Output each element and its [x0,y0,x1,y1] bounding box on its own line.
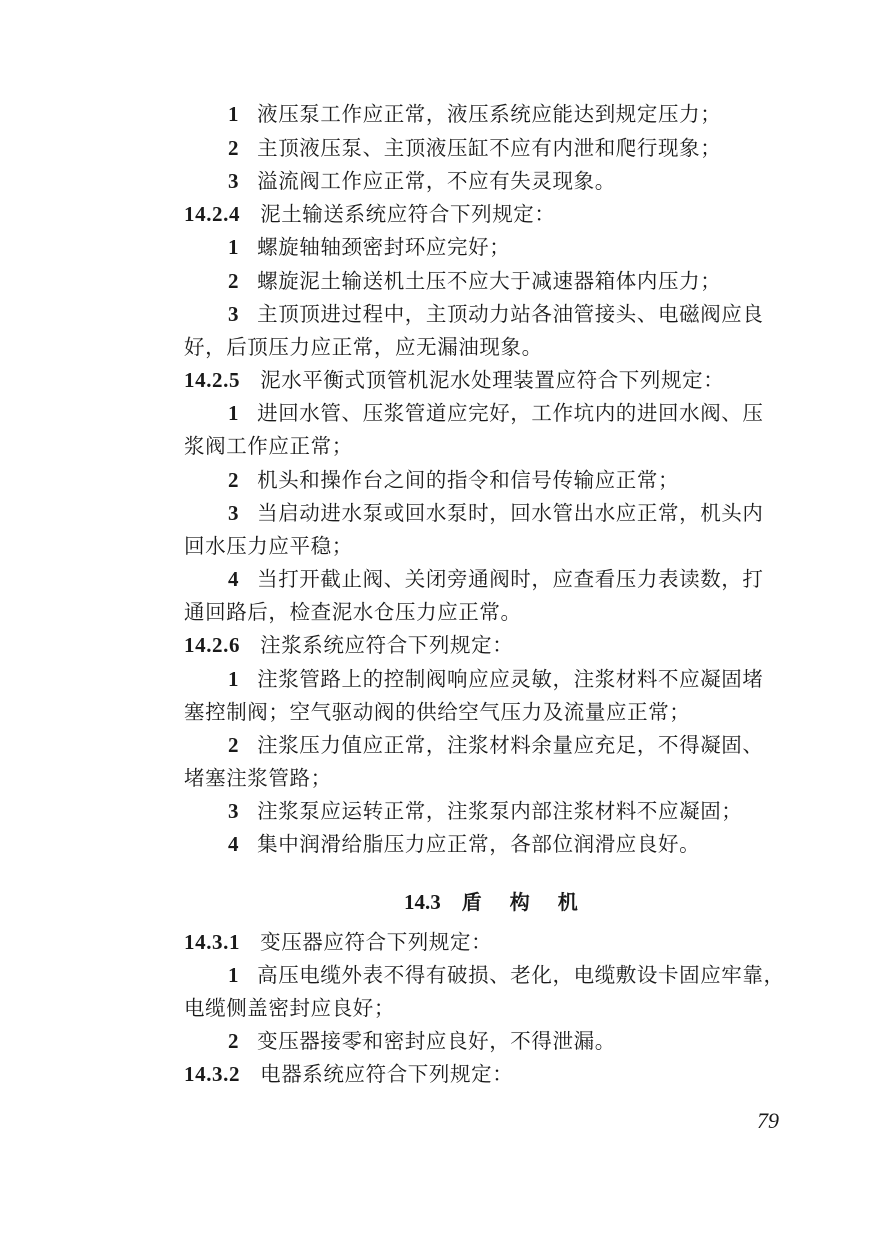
line-text: 好，后顶压力应正常，应无漏油现象。 [184,335,543,359]
list-item: 2主顶液压泵、主顶液压缸不应有内泄和爬行现象； [228,135,721,161]
line-text: 塞控制阀；空气驱动阀的供给空气压力及流量应正常； [184,700,690,724]
list-item: 1螺旋轴轴颈密封环应完好； [228,234,510,260]
line-text: 注浆压力值应正常，注浆材料余量应充足，不得凝固、 [257,733,763,757]
line-text: 进回水管、压浆管道应完好，工作坑内的进回水阀、压 [257,401,763,425]
item-number: 2 [228,269,239,293]
clause-heading: 14.2.6注浆系统应符合下列规定： [184,632,513,658]
item-number: 2 [228,468,239,492]
continuation-line: 塞控制阀；空气驱动阀的供给空气压力及流量应正常； [184,699,690,725]
line-text: 电缆侧盖密封应良好； [184,996,395,1020]
list-item: 3注浆泵应运转正常，注浆泵内部注浆材料不应凝固； [228,798,742,824]
item-number: 1 [228,401,239,425]
item-number: 4 [228,567,239,591]
line-text: 集中润滑给脂压力应正常，各部位润滑应良好。 [257,832,700,856]
line-text: 螺旋轴轴颈密封环应完好； [257,235,510,259]
clause-heading: 14.2.4泥土输送系统应符合下列规定： [184,201,556,227]
item-number: 1 [228,667,239,691]
list-item: 1注浆管路上的控制阀响应应灵敏，注浆材料不应凝固堵 [228,666,764,692]
line-text: 变压器应符合下列规定： [260,930,492,954]
list-item: 2变压器接零和密封应良好，不得泄漏。 [228,1028,616,1054]
item-number: 2 [228,733,239,757]
list-item: 2螺旋泥土输送机土压不应大于减速器箱体内压力； [228,268,721,294]
line-text: 注浆管路上的控制阀响应应灵敏，注浆材料不应凝固堵 [257,667,763,691]
list-item: 2注浆压力值应正常，注浆材料余量应充足，不得凝固、 [228,732,764,758]
section-number: 14.3 [404,890,441,914]
continuation-line: 好，后顶压力应正常，应无漏油现象。 [184,334,543,360]
list-item: 1液压泵工作应正常，液压系统应能达到规定压力； [228,101,721,127]
list-item: 4集中润滑给脂压力应正常，各部位润滑应良好。 [228,831,700,857]
line-text: 通回路后，检查泥水仓压力应正常。 [184,600,522,624]
continuation-line: 回水压力应平稳； [184,533,353,559]
line-text: 主顶液压泵、主顶液压缸不应有内泄和爬行现象； [257,136,721,160]
clause-heading: 14.2.5泥水平衡式顶管机泥水处理装置应符合下列规定： [184,367,724,393]
clause-number: 14.2.5 [184,368,240,392]
line-text: 高压电缆外表不得有破损、老化，电缆敷设卡固应牢靠， [257,963,785,987]
line-text: 螺旋泥土输送机土压不应大于减速器箱体内压力； [257,269,721,293]
line-text: 注浆系统应符合下列规定： [260,633,513,657]
line-text: 当打开截止阀、关闭旁通阀时，应查看压力表读数，打 [257,567,763,591]
item-number: 3 [228,501,239,525]
item-number: 3 [228,169,239,193]
continuation-line: 通回路后，检查泥水仓压力应正常。 [184,599,522,625]
list-item: 2机头和操作台之间的指令和信号传输应正常； [228,467,679,493]
continuation-line: 电缆侧盖密封应良好； [184,995,395,1021]
item-number: 3 [228,799,239,823]
list-item: 3当启动进水泵或回水泵时，回水管出水应正常，机头内 [228,500,764,526]
clause-number: 14.3.2 [184,1062,240,1086]
line-text: 变压器接零和密封应良好，不得泄漏。 [257,1029,616,1053]
line-text: 浆阀工作应正常； [184,434,353,458]
item-number: 1 [228,963,239,987]
line-text: 当启动进水泵或回水泵时，回水管出水应正常，机头内 [257,501,763,525]
list-item: 1高压电缆外表不得有破损、老化，电缆敷设卡固应牢靠， [228,962,785,988]
line-text: 液压泵工作应正常，液压系统应能达到规定压力； [257,102,721,126]
clause-number: 14.2.4 [184,202,240,226]
item-number: 2 [228,1029,239,1053]
clause-heading: 14.3.1变压器应符合下列规定： [184,929,492,955]
item-number: 3 [228,302,239,326]
section-title: 14.3 盾 构 机 [404,886,582,915]
list-item: 4当打开截止阀、关闭旁通阀时，应查看压力表读数，打 [228,566,764,592]
line-text: 回水压力应平稳； [184,534,353,558]
line-text: 主顶顶进过程中，主顶动力站各油管接头、电磁阀应良 [257,302,763,326]
clause-heading: 14.3.2电器系统应符合下列规定： [184,1061,513,1087]
clause-number: 14.3.1 [184,930,240,954]
item-number: 4 [228,832,239,856]
continuation-line: 堵塞注浆管路； [184,765,332,791]
line-text: 泥水平衡式顶管机泥水处理装置应符合下列规定： [260,368,724,392]
continuation-line: 浆阀工作应正常； [184,433,353,459]
line-text: 电器系统应符合下列规定： [260,1062,513,1086]
line-text: 机头和操作台之间的指令和信号传输应正常； [257,468,679,492]
item-number: 1 [228,235,239,259]
line-text: 泥土输送系统应符合下列规定： [260,202,555,226]
line-text: 溢流阀工作应正常，不应有失灵现象。 [257,169,616,193]
page-number: 79 [757,1108,779,1134]
section-name: 盾 构 机 [462,890,582,914]
item-number: 1 [228,102,239,126]
list-item: 1进回水管、压浆管道应完好，工作坑内的进回水阀、压 [228,400,764,426]
item-number: 2 [228,136,239,160]
list-item: 3溢流阀工作应正常，不应有失灵现象。 [228,168,616,194]
line-text: 堵塞注浆管路； [184,766,332,790]
list-item: 3主顶顶进过程中，主顶动力站各油管接头、电磁阀应良 [228,301,764,327]
clause-number: 14.2.6 [184,633,240,657]
line-text: 注浆泵应运转正常，注浆泵内部注浆材料不应凝固； [257,799,742,823]
